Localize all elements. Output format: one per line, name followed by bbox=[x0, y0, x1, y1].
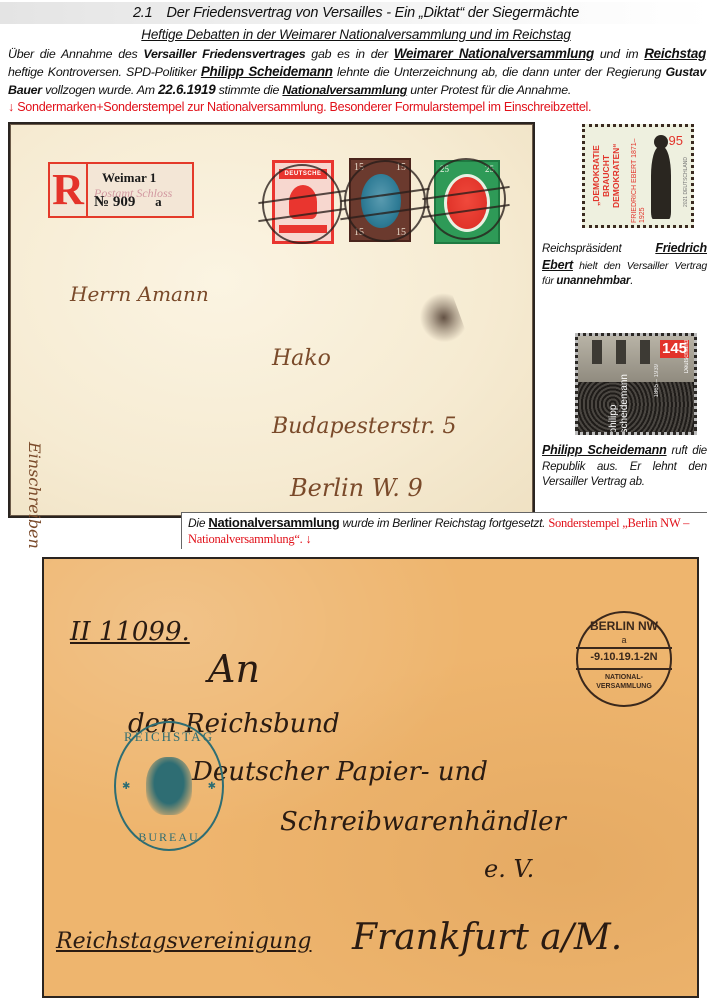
stamp-ebert: „DEMOKRATIE BRAUCHT DEMOKRATEN“ FRIEDRIC… bbox=[582, 124, 694, 228]
eagle-icon bbox=[146, 757, 192, 815]
registration-number: № 909 a bbox=[94, 194, 162, 211]
reference-number: II 11099. bbox=[70, 617, 190, 647]
address-line-5-right: Frankfurt a/M. bbox=[352, 917, 622, 958]
line-an: An bbox=[208, 647, 260, 691]
address-line-2: Deutscher Papier- und bbox=[192, 757, 488, 787]
address-line-5-left: Reichstagsvereinigung bbox=[56, 929, 311, 954]
term-reichstag: Reichstag bbox=[644, 46, 706, 61]
portrait-figure bbox=[651, 147, 671, 219]
section-number: 2.1 bbox=[133, 5, 153, 21]
side-note-einschreiben: Einschreiben bbox=[25, 442, 44, 549]
registration-place: Weimar 1 bbox=[102, 170, 156, 186]
ink-smudge bbox=[413, 289, 468, 350]
postmark-berlin-nw: BERLIN NW a -9.10.19.1-2N NATIONAL-VERSA… bbox=[576, 611, 672, 707]
term-weimarer-nv: Weimarer Nationalversammlung bbox=[394, 46, 594, 61]
caption-scheidemann: Philipp Scheidemann ruft die Republik au… bbox=[542, 443, 707, 491]
address-line-street: Budapesterstr. 5 bbox=[272, 414, 457, 439]
registration-label: R Weimar 1 Postamt Schloss № 909 a bbox=[48, 162, 194, 218]
note-box: Die Nationalversammlung wurde im Berline… bbox=[181, 512, 707, 549]
term-scheidemann: Philipp Scheidemann bbox=[201, 64, 333, 79]
star-icon: ✱ bbox=[208, 781, 216, 792]
intro-paragraph: Über die Annahme des Versailler Friedens… bbox=[8, 45, 706, 99]
envelope-weimar: R Weimar 1 Postamt Schloss № 909 a DEUTS… bbox=[8, 122, 535, 518]
address-line-city: Berlin W. 9 bbox=[290, 474, 423, 502]
title-text: Der Friedensvertrag von Versailles - Ein… bbox=[167, 5, 580, 21]
star-icon: ✱ bbox=[122, 781, 130, 792]
registration-r: R bbox=[50, 164, 88, 216]
envelope-reichstag: II 11099. An den Reichsbund Deutscher Pa… bbox=[42, 557, 699, 998]
address-line-4: e. V. bbox=[484, 855, 534, 883]
cancel-weimar-2 bbox=[344, 160, 426, 242]
term-nationalversammlung: Nationalversammlung bbox=[282, 83, 407, 97]
address-line-hako: Hako bbox=[272, 346, 331, 371]
cancel-weimar-1 bbox=[262, 164, 342, 244]
page-subtitle: Heftige Debatten in der Weimarer Nationa… bbox=[0, 27, 712, 42]
term-versailler-vertrag: Versailler Friedensvertrages bbox=[143, 47, 305, 61]
address-line-3: Schreibwarenhändler bbox=[280, 807, 566, 837]
red-note: ↓ Sondermarken+Sonderstempel zur Nationa… bbox=[8, 100, 708, 114]
term-date: 22.6.1919 bbox=[158, 82, 215, 97]
addressee-line: Herrn Amann bbox=[70, 282, 209, 306]
cancel-weimar-3 bbox=[426, 158, 506, 240]
stamp-scheidemann: 145 philipp scheidemann 1865 – 1939 Deut… bbox=[575, 333, 697, 435]
seal-reichstag-bureau: REICHSTAG ✱ ✱ BUREAU bbox=[114, 721, 224, 851]
caption-ebert: Reichspräsident Friedrich Ebert hielt de… bbox=[542, 241, 707, 290]
page-title: 2.1Der Friedensvertrag von Versailles - … bbox=[0, 5, 712, 21]
